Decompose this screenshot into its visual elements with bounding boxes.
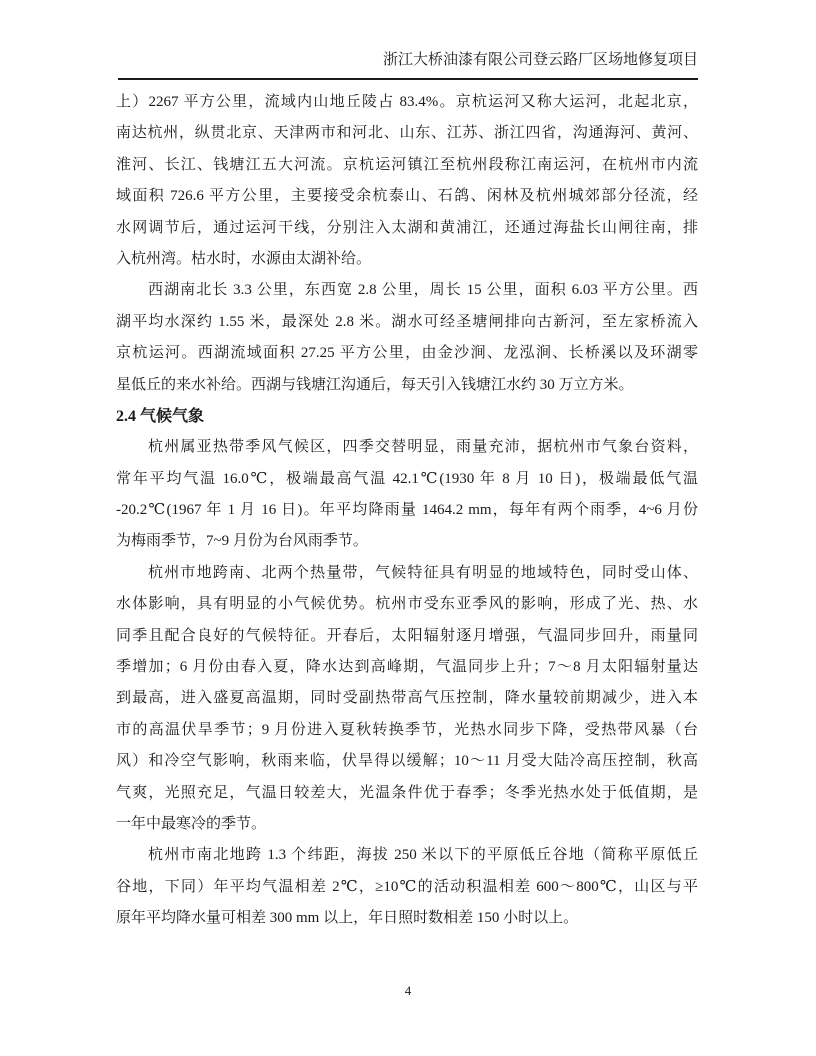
- paragraph-climate-latitude: 杭州市南北地跨 1.3 个纬距，海拔 250 米以下的平原低丘谷地（简称平原低丘…: [116, 840, 698, 934]
- paragraph-canal-continuation: 上）2267 平方公里，流域内山地丘陵占 83.4%。京杭运河又称大运河，北起北…: [116, 87, 698, 275]
- text-line: 杭州市地跨南、北两个热量带，气候特征具有明显的地域特色，同时受山体、: [116, 558, 698, 589]
- text-line: 域面积 726.6 平方公里，主要接受余杭泰山、石鸽、闲林及杭州城郊部分径流，经: [116, 181, 698, 212]
- text-line: 星低丘的来水补给。西湖与钱塘江沟通后，每天引入钱塘江水约 30 万立方米。: [116, 370, 698, 401]
- text-line: 为梅雨季节，7~9 月份为台风雨季节。: [116, 526, 698, 557]
- text-line: 杭州市南北地跨 1.3 个纬距，海拔 250 米以下的平原低丘谷地（简称平原低丘: [116, 840, 698, 871]
- text-line: 入杭州湾。枯水时，水源由太湖补给。: [116, 244, 698, 275]
- section-heading: 2.4 气候气象: [116, 401, 698, 432]
- paragraph-west-lake: 西湖南北长 3.3 公里，东西宽 2.8 公里，周长 15 公里，面积 6.03…: [116, 275, 698, 401]
- paragraph-climate-overview: 杭州属亚热带季风气候区，四季交替明显，雨量充沛，据杭州市气象台资料， 常年平均气…: [116, 432, 698, 558]
- text-line: 湖平均水深约 1.55 米，最深处 2.8 米。湖水可经圣塘闸排向古新河，至左家…: [116, 307, 698, 338]
- text-line: 一年中最寒冷的季节。: [116, 809, 698, 840]
- text-line: 到最高，进入盛夏高温期，同时受副热带高气压控制，降水量较前期减少，进入本: [116, 683, 698, 714]
- text-line: 上）2267 平方公里，流域内山地丘陵占 83.4%。京杭运河又称大运河，北起北…: [116, 87, 698, 118]
- text-line: 谷地，下同）年平均气温相差 2℃，≥10℃的活动积温相差 600～800℃，山区…: [116, 872, 698, 903]
- text-line: 杭州属亚热带季风气候区，四季交替明显，雨量充沛，据杭州市气象台资料，: [116, 432, 698, 463]
- text-line: 风）和冷空气影响，秋雨来临，伏旱得以缓解；10～11 月受大陆冷高压控制，秋高: [116, 746, 698, 777]
- text-line: 水网调节后，通过运河干线，分别注入太湖和黄浦江，还通过海盐长山闸往南，排: [116, 213, 698, 244]
- text-line: 季增加；6 月份由春入夏，降水达到高峰期，气温同步上升；7～8 月太阳辐射量达: [116, 652, 698, 683]
- text-line: 同季且配合良好的气候特征。开春后，太阳辐射逐月增强，气温同步回升，雨量同: [116, 621, 698, 652]
- header-rule: [118, 78, 698, 80]
- text-line: 京杭运河。西湖流域面积 27.25 平方公里，由金沙涧、龙泓涧、长桥溪以及环湖零: [116, 338, 698, 369]
- page-number: 4: [405, 983, 412, 998]
- section-climate: 2.4 气候气象: [116, 401, 698, 432]
- text-line: -20.2℃(1967 年 1 月 16 日)。年平均降雨量 1464.2 mm…: [116, 495, 698, 526]
- page-footer: 4: [0, 983, 816, 999]
- text-line: 原年平均降水量可相差 300 mm 以上，年日照时数相差 150 小时以上。: [116, 903, 698, 934]
- text-line: 气爽，光照充足，气温日较差大，光温条件优于春季；冬季光热水处于低值期，是: [116, 778, 698, 809]
- text-line: 市的高温伏旱季节；9 月份进入夏秋转换季节，光热水同步下降，受热带风暴（台: [116, 715, 698, 746]
- paragraph-climate-seasons: 杭州市地跨南、北两个热量带，气候特征具有明显的地域特色，同时受山体、 水体影响，…: [116, 558, 698, 841]
- text-line: 常年平均气温 16.0℃，极端最高气温 42.1℃(1930 年 8 月 10 …: [116, 464, 698, 495]
- document-body: 上）2267 平方公里，流域内山地丘陵占 83.4%。京杭运河又称大运河，北起北…: [116, 87, 698, 935]
- text-line: 南达杭州，纵贯北京、天津两市和河北、山东、江苏、浙江四省，沟通海河、黄河、: [116, 118, 698, 149]
- text-line: 水体影响，具有明显的小气候优势。杭州市受东亚季风的影响，形成了光、热、水: [116, 589, 698, 620]
- document-page: 浙江大桥油漆有限公司登云路厂区场地修复项目 上）2267 平方公里，流域内山地丘…: [0, 0, 816, 1056]
- header-title: 浙江大桥油漆有限公司登云路厂区场地修复项目: [118, 49, 698, 71]
- text-line: 西湖南北长 3.3 公里，东西宽 2.8 公里，周长 15 公里，面积 6.03…: [116, 275, 698, 306]
- text-line: 淮河、长江、钱塘江五大河流。京杭运河镇江至杭州段称江南运河，在杭州市内流: [116, 150, 698, 181]
